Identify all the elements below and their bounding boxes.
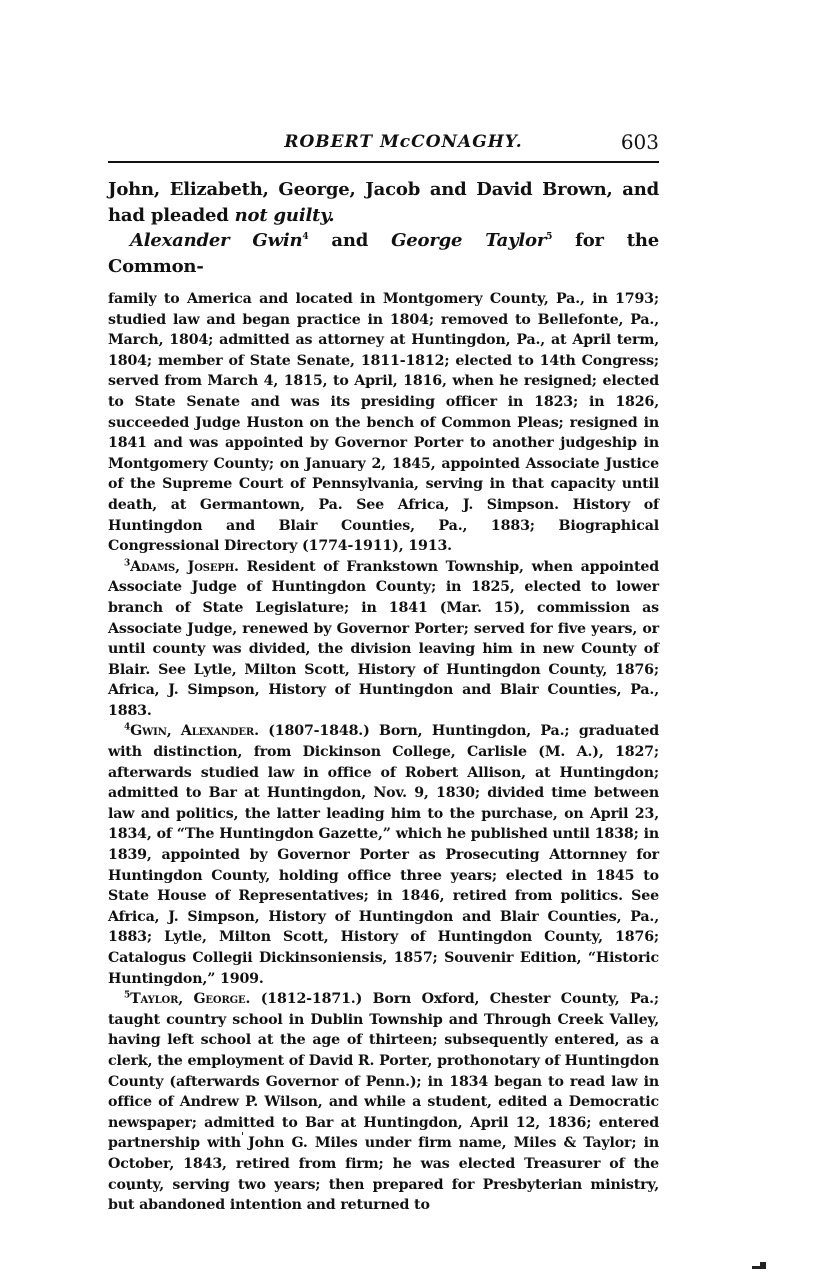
person-name-gwin: Alexander Gwin [130, 230, 302, 251]
footnote-5: 5Taylor, George. (1812-1871.) Born Oxfor… [108, 989, 659, 1216]
text-line: pleaded [151, 205, 235, 226]
header-rule [108, 161, 659, 163]
footnote-text: (1807-1848.) Born, Huntingdon, Pa.; grad… [108, 723, 659, 986]
running-title: ROBERT McCONAGHY. [108, 132, 659, 152]
footnote-name: Adams, Joseph. [130, 559, 239, 575]
running-header: ROBERT McCONAGHY. 603 [108, 130, 659, 158]
footnotes-section: family to America and located in Montgom… [108, 289, 659, 1216]
main-text: John, Elizabeth, George, Jacob and David… [108, 177, 659, 279]
footnote-text: (1812-1871.) Born Oxford, Chester County… [108, 991, 659, 1213]
footnote-3: 3Adams, Joseph. Resident of Frankstown T… [108, 557, 659, 722]
italic-phrase: not guilty. [235, 205, 335, 226]
person-name-taylor: George Taylor [391, 230, 546, 251]
footnote-name: Gwin, Alexander. [130, 723, 259, 739]
scan-speck [128, 1188, 131, 1190]
footnote-name: Taylor, George. [130, 991, 250, 1007]
footnote-4: 4Gwin, Alexander. (1807-1848.) Born, Hun… [108, 721, 659, 989]
book-page: ROBERT McCONAGHY. 603 John, Elizabeth, G… [108, 130, 659, 1216]
paragraph-1: John, Elizabeth, George, Jacob and David… [108, 177, 659, 228]
scan-speck [242, 1132, 243, 1135]
footnote-continuation: family to America and located in Montgom… [108, 289, 659, 557]
scan-edge-mark [752, 1266, 766, 1269]
text-fragment: and [308, 230, 391, 251]
footnote-text: Resident of Frankstown Township, when ap… [108, 559, 659, 719]
scan-edge-mark [760, 1262, 766, 1266]
page-number: 603 [621, 130, 659, 154]
paragraph-2: Alexander Gwin4 and George Taylor5 for t… [108, 228, 659, 279]
